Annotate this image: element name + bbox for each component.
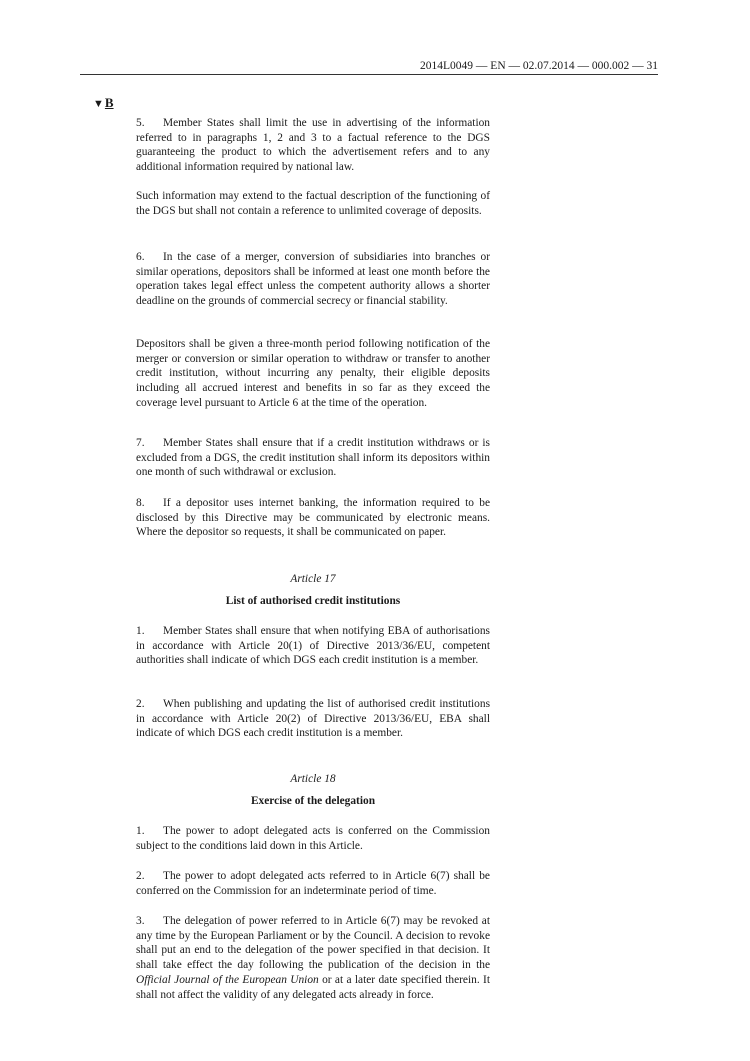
paragraph-text: If a depositor uses internet banking, th… [136, 497, 490, 538]
paragraph-text: The power to adopt delegated acts referr… [136, 870, 490, 897]
paragraph-number: 3. [136, 914, 163, 929]
article-18-paragraph-1: 1.The power to adopt delegated acts is c… [136, 824, 490, 853]
paragraph-number: 8. [136, 496, 163, 511]
paragraph-number: 6. [136, 250, 163, 265]
paragraph-number: 2. [136, 869, 163, 884]
article-18-paragraph-2: 2.The power to adopt delegated acts refe… [136, 869, 490, 898]
paragraph-text: Member States shall ensure that if a cre… [136, 437, 490, 478]
paragraph-text: When publishing and updating the list of… [136, 698, 490, 739]
amendment-marker: ▼B [93, 95, 114, 111]
paragraph-number: 7. [136, 436, 163, 451]
paragraph-number: 1. [136, 624, 163, 639]
paragraph-5-continued: Such information may extend to the factu… [136, 189, 490, 218]
article-17-number: Article 17 [136, 572, 490, 587]
article-17-paragraph-1: 1.Member States shall ensure that when n… [136, 624, 490, 668]
article-17-title: List of authorised credit institutions [136, 594, 490, 609]
journal-title: Official Journal of the European Union [136, 974, 319, 986]
triangle-down-icon: ▼ [93, 98, 104, 110]
paragraph-text: Depositors shall be given a three-month … [136, 338, 490, 409]
paragraph-6: 6.In the case of a merger, conversion of… [136, 250, 490, 309]
paragraph-text: The delegation of power referred to in A… [136, 915, 490, 971]
document-reference: 2014L0049 — EN — 02.07.2014 — 000.002 — … [420, 60, 658, 72]
paragraph-text: Such information may extend to the factu… [136, 190, 490, 217]
paragraph-7: 7.Member States shall ensure that if a c… [136, 436, 490, 480]
paragraph-8: 8.If a depositor uses internet banking, … [136, 496, 490, 540]
paragraph-text: In the case of a merger, conversion of s… [136, 251, 490, 307]
paragraph-text: Member States shall ensure that when not… [136, 625, 490, 666]
paragraph-text: The power to adopt delegated acts is con… [136, 825, 490, 852]
paragraph-number: 1. [136, 824, 163, 839]
marker-letter: B [105, 95, 114, 110]
article-18-paragraph-3: 3.The delegation of power referred to in… [136, 914, 490, 1002]
paragraph-number: 2. [136, 697, 163, 712]
paragraph-5: 5.Member States shall limit the use in a… [136, 116, 490, 175]
page-header: 2014L0049 — EN — 02.07.2014 — 000.002 — … [80, 58, 658, 75]
article-18-number: Article 18 [136, 772, 490, 787]
article-18-title: Exercise of the delegation [136, 794, 490, 809]
paragraph-number: 5. [136, 116, 163, 131]
article-17-paragraph-2: 2.When publishing and updating the list … [136, 697, 490, 741]
paragraph-text: Member States shall limit the use in adv… [136, 117, 490, 173]
paragraph-6-continued: Depositors shall be given a three-month … [136, 337, 490, 411]
